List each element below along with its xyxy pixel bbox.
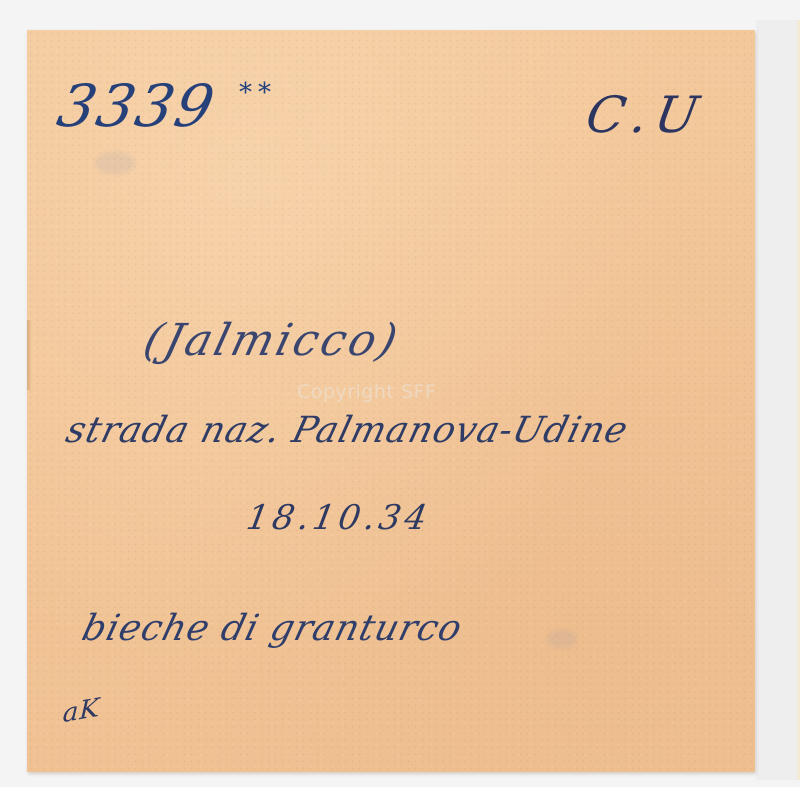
- catalog-number: 3339: [52, 72, 222, 140]
- copyright-watermark: Copyright SFF: [297, 381, 436, 403]
- ink-smudge: [547, 630, 577, 648]
- ink-smudge: [95, 152, 135, 174]
- road-text: strada naz. Palmanova-Udine: [62, 410, 633, 451]
- specimen-label-paper: 3339 ** C.U (Jalmicco) strada naz. Palma…: [27, 30, 755, 772]
- backing-card: [756, 20, 800, 780]
- paper-fold-edge: [27, 320, 31, 390]
- collector-initials: aK: [62, 693, 101, 729]
- collection-date: 18.10.34: [243, 498, 433, 538]
- habitat-text: bieche di granturco: [78, 608, 467, 649]
- locality-text: (Jalmicco): [139, 315, 406, 366]
- collection-code: C.U: [582, 86, 711, 144]
- catalog-marks: **: [239, 78, 277, 108]
